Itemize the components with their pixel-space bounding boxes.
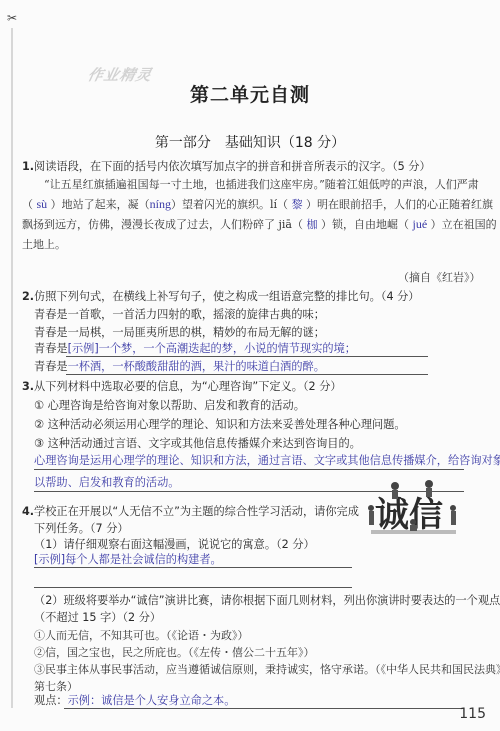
fill-in-answer[interactable]: sù (37, 197, 48, 211)
material-item: ① 心理咨询是给咨询对象以帮助、启发和教育的活动。 (34, 397, 305, 413)
passage-text: （ (22, 198, 37, 211)
passage-line: 飘扬到远方，仿佛，漫漫长夜成了过去，人们粉碎了 jiā（ 枷 ）锁，自由地崛（ … (22, 216, 497, 232)
question-number: 1. (22, 160, 34, 173)
question-text: 下列任务。（7 分） (34, 520, 129, 536)
material-item: ② 这种活动必须运用心理学的理论、知识和方法来妥善处理各种心理问题。 (34, 416, 406, 432)
example-line-1: 青春是一首歌，一首活力四射的歌，摇滚的旋律古典的味； (34, 306, 325, 322)
passage-line: “让五星红旗插遍祖国每一寸土地，也插进我们这座牢房。”随着江姐低哼的声浪，人们严… (22, 176, 479, 192)
subquestion-2-prompt: （2）班级将要举办“诚信”演讲比赛，请你根据下面几则材料，列出你演讲时要表达的一… (34, 592, 500, 608)
passage-text: 土地上。 (22, 238, 66, 251)
passage-text: ）地站了起来，凝（ (47, 198, 150, 211)
answer-line-1: 青春是[示例]一个梦，一个高潮迭起的梦，小说的情节现实的境； (34, 340, 356, 356)
material-quote-2: ②信，国之宝也，民之所庇也。（《左传・僖公二十五年》） (34, 644, 315, 660)
scissor-icon: ✂ (7, 12, 17, 24)
page-number: 115 (459, 706, 486, 722)
binding-margin-line (11, 28, 13, 708)
passage-text: ）明在眼前招手，人们的心正随着红旗 (303, 198, 494, 211)
question-2-prompt: 2.仿照下列句式，在横线上补写句子，使之构成一组语意完整的排比句。（4 分） (22, 288, 420, 304)
subquestion-1-prompt: （1）请仔细观察右面这幅漫画，说说它的寓意。（2 分） (34, 536, 315, 552)
fill-in-answer[interactable]: jué (412, 217, 427, 231)
answer-text[interactable]: [示例]一个梦，一个高潮迭起的梦，小说的情节现实的境； (68, 342, 356, 355)
material-quote-3: ③民事主体从事民事活动，应当遵循诚信原则，秉持诚实，恪守承诺。（《中华人民共和国… (34, 661, 500, 677)
viewpoint-line: 观点：示例：诚信是个人安身立命之本。 (34, 692, 235, 708)
fill-in-answer[interactable]: níng (150, 197, 171, 211)
subquestion-2-limit: （不超过 15 字）（2 分） (34, 609, 161, 625)
answer-underline (64, 708, 464, 709)
section-heading: 第一部分 基础知识（18 分） (0, 132, 500, 152)
answer-underline (34, 469, 464, 470)
answer-text[interactable]: 心理咨询是运用心理学的理论、知识和方法，通过言语、文字或其他信息传播媒介，给咨询… (34, 452, 500, 468)
question-4-prompt: 4.学校正在开展以“人无信不立”为主题的综合性学习活动，请你完成 (22, 503, 359, 519)
passage-text: ）锁，自由地崛（ (317, 218, 412, 231)
answer-underline (66, 356, 428, 357)
passage-line: （ sù ）地站了起来，凝（níng）望着闪光的旗织。lí（ 黎 ）明在眼前招手… (22, 196, 493, 212)
question-text: 阅读语段，在下面的括号内依次填写加点字的拼音和拼音所表示的汉字。（5 分） (34, 160, 431, 173)
answer-text[interactable]: [示例]每个人都是社会诚信的构建者。 (34, 551, 222, 567)
question-number: 2. (22, 290, 34, 303)
answer-underline (66, 374, 428, 375)
answer-underline (34, 587, 352, 588)
passage-text: ）望着闪光的旗织。lí（ (171, 198, 292, 211)
material-quote-1: ①人而无信，不知其可也。（《论语・为政》） (34, 627, 249, 643)
example-line-2: 青春是一局棋，一局匪夷所思的棋，精妙的布局无解的谜； (34, 324, 325, 340)
question-number: 3. (22, 380, 34, 393)
passage-line: 土地上。 (22, 236, 66, 252)
passage-text: 飘扬到远方，仿佛，漫漫长夜成了过去，人们粉碎了 jiā（ (22, 218, 306, 231)
answer-underline (34, 567, 352, 568)
question-text: 从下列材料中选取必要的信息，为“心理咨询”下定义。（2 分） (34, 380, 342, 393)
question-3-prompt: 3.从下列材料中选取必要的信息，为“心理咨询”下定义。（2 分） (22, 378, 342, 394)
question-number: 4. (22, 505, 34, 518)
page-title: 第二单元自测 (0, 80, 500, 107)
question-text: 仿照下列句式，在横线上补写句子，使之构成一组语意完整的排比句。（4 分） (34, 290, 419, 303)
passage-text: “让五星红旗插遍祖国每一寸土地，也插进我们这座牢房。”随着江姐低哼的声浪，人们严… (22, 178, 479, 191)
viewpoint-label: 观点： (34, 694, 68, 707)
answer-text[interactable]: 以帮助、启发和教育的活动。 (34, 474, 179, 490)
viewpoint-answer[interactable]: 示例：诚信是个人安身立命之本。 (68, 694, 236, 707)
fill-in-answer[interactable]: 黎 (292, 198, 303, 211)
fill-in-answer[interactable]: 枷 (306, 218, 317, 231)
answer-line-2: 青春是一杯酒，一杯酸酸甜甜的酒，果汁的味道白酒的醉。 (34, 358, 325, 374)
svg-text:诚信: 诚信 (375, 495, 443, 535)
passage-text: ）立在祖国的 (427, 218, 497, 231)
passage-source: （摘自《红岩》） (398, 269, 481, 285)
material-item: ③ 这种活动通过言语、文字或其他信息传播媒介来达到咨询目的。 (34, 435, 361, 451)
answer-text[interactable]: 一杯酒，一杯酸酸甜甜的酒，果汁的味道白酒的醉。 (68, 360, 325, 373)
question-text: 学校正在开展以“人无信不立”为主题的综合性学习活动，请你完成 (34, 505, 359, 518)
stem-text: 青春是 (34, 342, 68, 355)
stem-text: 青春是 (34, 360, 68, 373)
integrity-cartoon-image: 诚信 (365, 478, 460, 538)
question-1-prompt: 1.阅读语段，在下面的括号内依次填写加点字的拼音和拼音所表示的汉字。（5 分） (22, 158, 431, 174)
